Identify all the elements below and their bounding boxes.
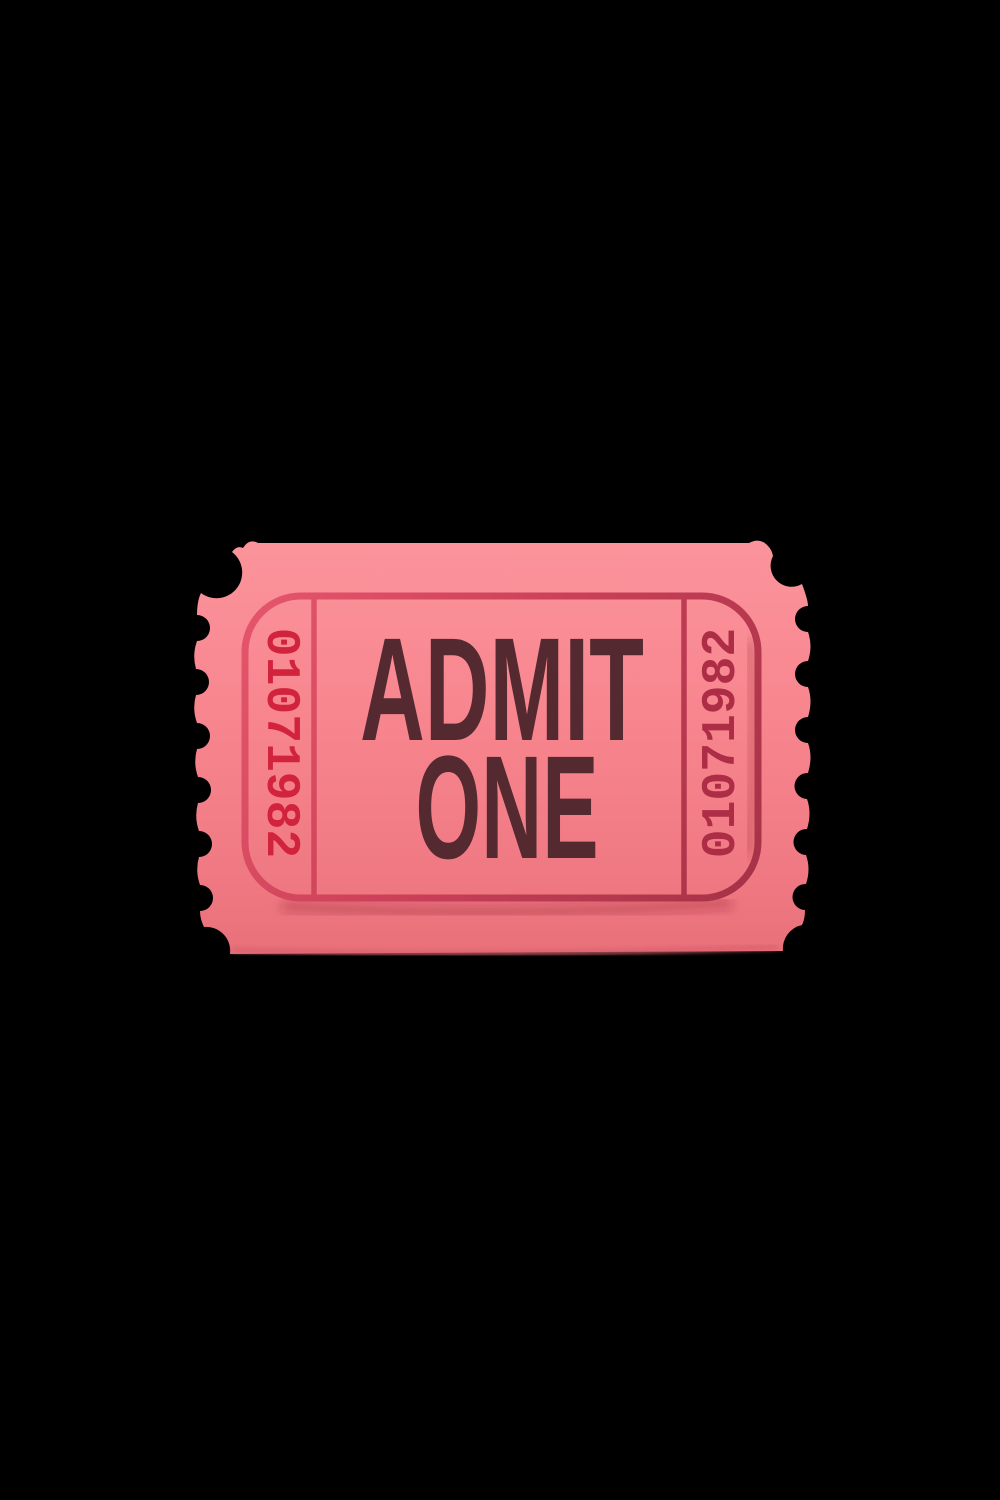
admission-ticket-image: 01071982 01071982 ADMIT ONE xyxy=(0,0,1000,1500)
serial-number-left: 01071982 xyxy=(253,628,307,858)
serial-number-right: 01071982 xyxy=(695,628,749,858)
one-text: ONE xyxy=(415,726,598,890)
frame-right-shadow xyxy=(749,640,753,856)
ticket-illustration: 01071982 01071982 ADMIT ONE xyxy=(0,0,1000,1500)
